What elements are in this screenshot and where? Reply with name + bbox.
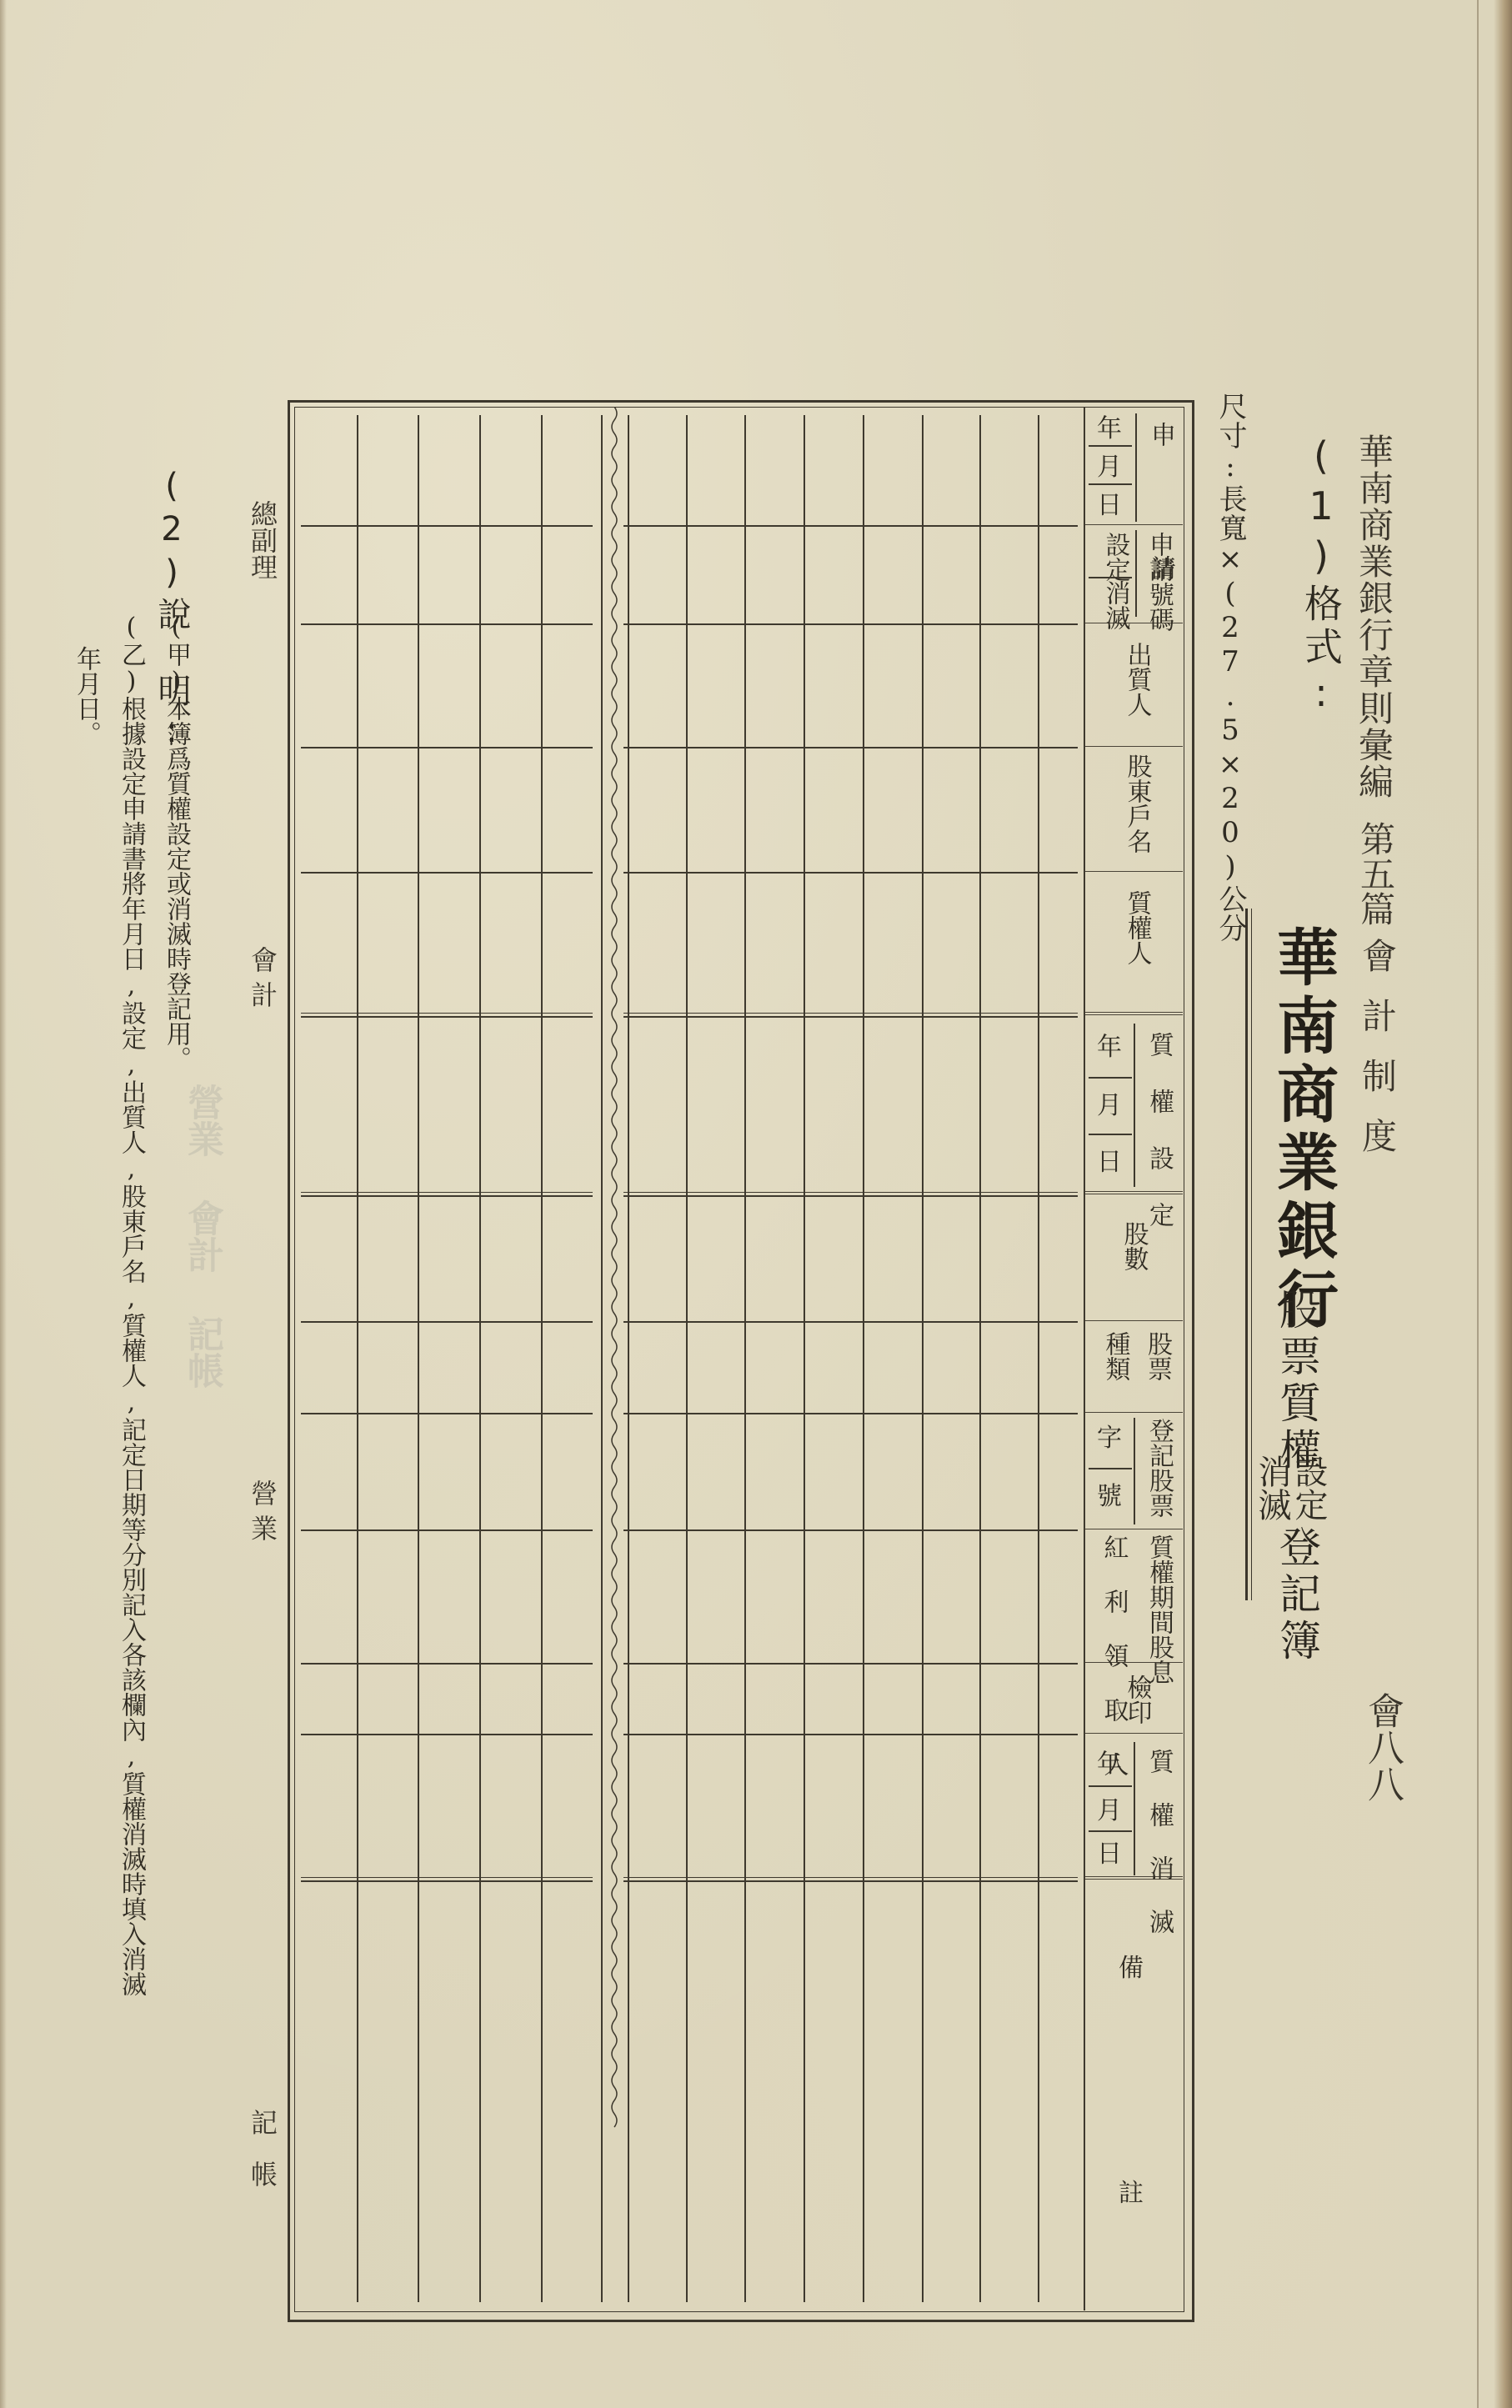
row-sep xyxy=(623,623,1078,625)
header-remarks-2: 註 xyxy=(1119,2180,1144,2209)
header-reg-label: 登記股票 xyxy=(1144,1418,1174,1518)
title-double-line xyxy=(1245,909,1252,1600)
header-pledgor: 出質人 xyxy=(1085,623,1183,747)
header-setdate-year: 年 xyxy=(1097,1034,1122,1063)
chapter-number: 第五篇 xyxy=(1350,821,1400,926)
header-apply-ymd-line-1 xyxy=(1089,445,1132,447)
row-sep xyxy=(623,1413,1078,1414)
header-setdate-day: 日 xyxy=(1097,1149,1122,1178)
header-reg-zi: 字 xyxy=(1097,1424,1122,1454)
book-title: 華南商業銀行章則彙編 xyxy=(1349,433,1399,800)
header-stocktype-bottom: 種類 xyxy=(1100,1331,1129,1381)
row-sep xyxy=(301,1529,593,1531)
signature-general-manager: 總副理 xyxy=(243,500,282,580)
header-reg-hao: 號 xyxy=(1097,1483,1122,1512)
entry-line xyxy=(804,415,805,2302)
header-setdate-split xyxy=(1134,1024,1135,1187)
header-dividend-receiver: 質權期間股息 紅 利 領 取 人 xyxy=(1085,1529,1183,1663)
header-setdate-line-2 xyxy=(1089,1134,1132,1135)
header-remarks: 備 註 xyxy=(1085,1880,1183,2310)
entry-line xyxy=(744,415,746,2302)
row-sep xyxy=(301,1321,593,1323)
table-header: 申 請 年 月 日 申請號碼 設定 消滅 出質人 股東戶名 質權人 質 權 設 … xyxy=(1085,407,1183,2310)
wavy-break-line xyxy=(608,407,621,2310)
row-sep-double xyxy=(623,1013,1078,1018)
header-apply-ymd-line-2 xyxy=(1089,483,1132,485)
row-sep-double xyxy=(301,1877,593,1882)
entry-line xyxy=(922,415,924,2302)
row-sep-double xyxy=(623,1192,1078,1197)
form-title-cancel: 消滅 xyxy=(1254,1454,1289,1521)
header-seal-check: 檢印 xyxy=(1085,1663,1183,1734)
row-sep xyxy=(623,1663,1078,1665)
size-spec: 尺寸:長寬×(27.5×20)公分 xyxy=(1210,392,1251,943)
block-edge-right xyxy=(628,415,629,2302)
row-sep-double xyxy=(301,1013,593,1018)
entry-line xyxy=(418,415,419,2302)
header-apply-date: 申 請 年 月 日 xyxy=(1085,407,1183,525)
row-sep xyxy=(623,872,1078,874)
row-sep xyxy=(623,525,1078,527)
row-sep xyxy=(623,1321,1078,1323)
row-sep xyxy=(301,525,593,527)
section-format-label: (1)格式: xyxy=(1294,433,1349,720)
header-cancel-day: 日 xyxy=(1097,1840,1122,1870)
header-setdate-line-1 xyxy=(1089,1077,1132,1079)
row-sep xyxy=(301,623,593,625)
header-setdate-month: 月 xyxy=(1097,1092,1122,1121)
signature-business: 營業 xyxy=(243,1479,282,1549)
header-apply-day: 日 xyxy=(1097,492,1122,521)
page-left-shadow xyxy=(0,0,7,2408)
header-stock-registration: 登記股票 字 號 xyxy=(1085,1413,1183,1529)
form-title-stack: 設定 消滅 xyxy=(1254,1454,1326,1521)
header-cancel-month: 月 xyxy=(1097,1797,1122,1826)
row-sep xyxy=(301,1413,593,1414)
header-stock-type: 股票 種類 xyxy=(1085,1321,1183,1413)
table-body xyxy=(294,407,1084,2310)
form-title-bank: 華南商業銀行 xyxy=(1259,925,1347,1335)
explanation-item-a: (甲)本簿爲質權設定或消滅時登記用。 xyxy=(163,613,188,1071)
row-sep xyxy=(301,747,593,748)
header-apply-month: 月 xyxy=(1097,453,1122,483)
entry-line xyxy=(863,415,864,2302)
explanation-item-b: (乙)根據設定申請書將年月日,設定,出質人,股東戶名,質權人,記定日期等分別記入… xyxy=(118,613,143,1996)
entry-line xyxy=(1038,415,1039,2302)
header-pledgor-label: 出質人 xyxy=(1122,642,1151,717)
entry-line xyxy=(686,415,688,2302)
explanation-item-b-cont: 年月日。 xyxy=(73,646,98,746)
header-shareholder-name: 股東戶名 xyxy=(1085,747,1183,872)
header-cancel-line-2 xyxy=(1089,1830,1132,1832)
header-apply-ymd: 年 月 日 xyxy=(1085,407,1134,525)
page-edge-line xyxy=(1477,0,1479,2408)
signature-bookkeeping: 記帳 xyxy=(243,2109,282,2212)
header-pledge-cancel-date: 質 權 消 滅 年 月 日 xyxy=(1085,1734,1183,1880)
signature-accounting: 會計 xyxy=(243,946,282,1016)
header-shares-label: 股數 xyxy=(1119,1221,1148,1271)
entry-line xyxy=(357,415,358,2302)
header-cancel-line-1 xyxy=(1089,1785,1132,1787)
entry-line xyxy=(479,415,481,2302)
header-div-top: 質權期間股息 xyxy=(1144,1534,1174,1685)
header-reg-split xyxy=(1134,1418,1135,1524)
title-rule xyxy=(1245,909,1252,1600)
row-sep-double xyxy=(623,1877,1078,1882)
header-pledgee-label: 質權人 xyxy=(1122,890,1151,965)
row-sep xyxy=(623,1734,1078,1735)
entry-line xyxy=(541,415,543,2302)
header-appno-label: 申請號碼 xyxy=(1144,532,1174,632)
row-sep xyxy=(301,1734,593,1735)
header-apply-year: 年 xyxy=(1097,415,1122,444)
header-apply-split xyxy=(1135,413,1137,522)
row-sep xyxy=(301,1663,593,1665)
row-sep xyxy=(623,1529,1078,1531)
header-cancel-split xyxy=(1134,1742,1135,1875)
row-sep-double xyxy=(301,1192,593,1197)
bleed-through-text: 營業 會計 記帳 xyxy=(175,1084,228,1389)
header-appno-sub-line xyxy=(1089,577,1132,578)
page-number: 會八八 xyxy=(1355,1692,1409,1802)
header-shareholder-label: 股東戶名 xyxy=(1122,753,1151,854)
header-cancel-year: 年 xyxy=(1097,1750,1122,1780)
form-title-stock-pledge: 股票質權 xyxy=(1267,1288,1327,1474)
header-appno-cancel: 消滅 xyxy=(1100,580,1129,630)
page-right-stain xyxy=(1494,0,1512,2408)
form-title-set: 設定 xyxy=(1291,1454,1326,1521)
form-title-register: 登記簿 xyxy=(1267,1525,1327,1665)
chapter-title: 會計制度 xyxy=(1352,938,1402,1178)
block-edge-left xyxy=(601,415,603,2302)
header-appno-split xyxy=(1135,530,1137,617)
header-seal-label: 檢印 xyxy=(1122,1675,1151,1725)
header-pledgee: 質權人 xyxy=(1085,872,1183,1015)
row-sep xyxy=(301,872,593,874)
row-sep xyxy=(623,747,1078,748)
header-application-number: 申請號碼 設定 消滅 xyxy=(1085,525,1183,623)
header-appno-set: 設定 xyxy=(1100,532,1129,582)
header-reg-sub-line xyxy=(1089,1468,1132,1469)
header-pledge-set-date: 質 權 設 定 年 月 日 xyxy=(1085,1015,1183,1194)
header-remarks-1: 備 xyxy=(1119,1955,1144,1984)
header-share-count: 股數 xyxy=(1085,1194,1183,1321)
entry-line xyxy=(979,415,981,2302)
header-stocktype-top: 股票 xyxy=(1143,1331,1172,1381)
